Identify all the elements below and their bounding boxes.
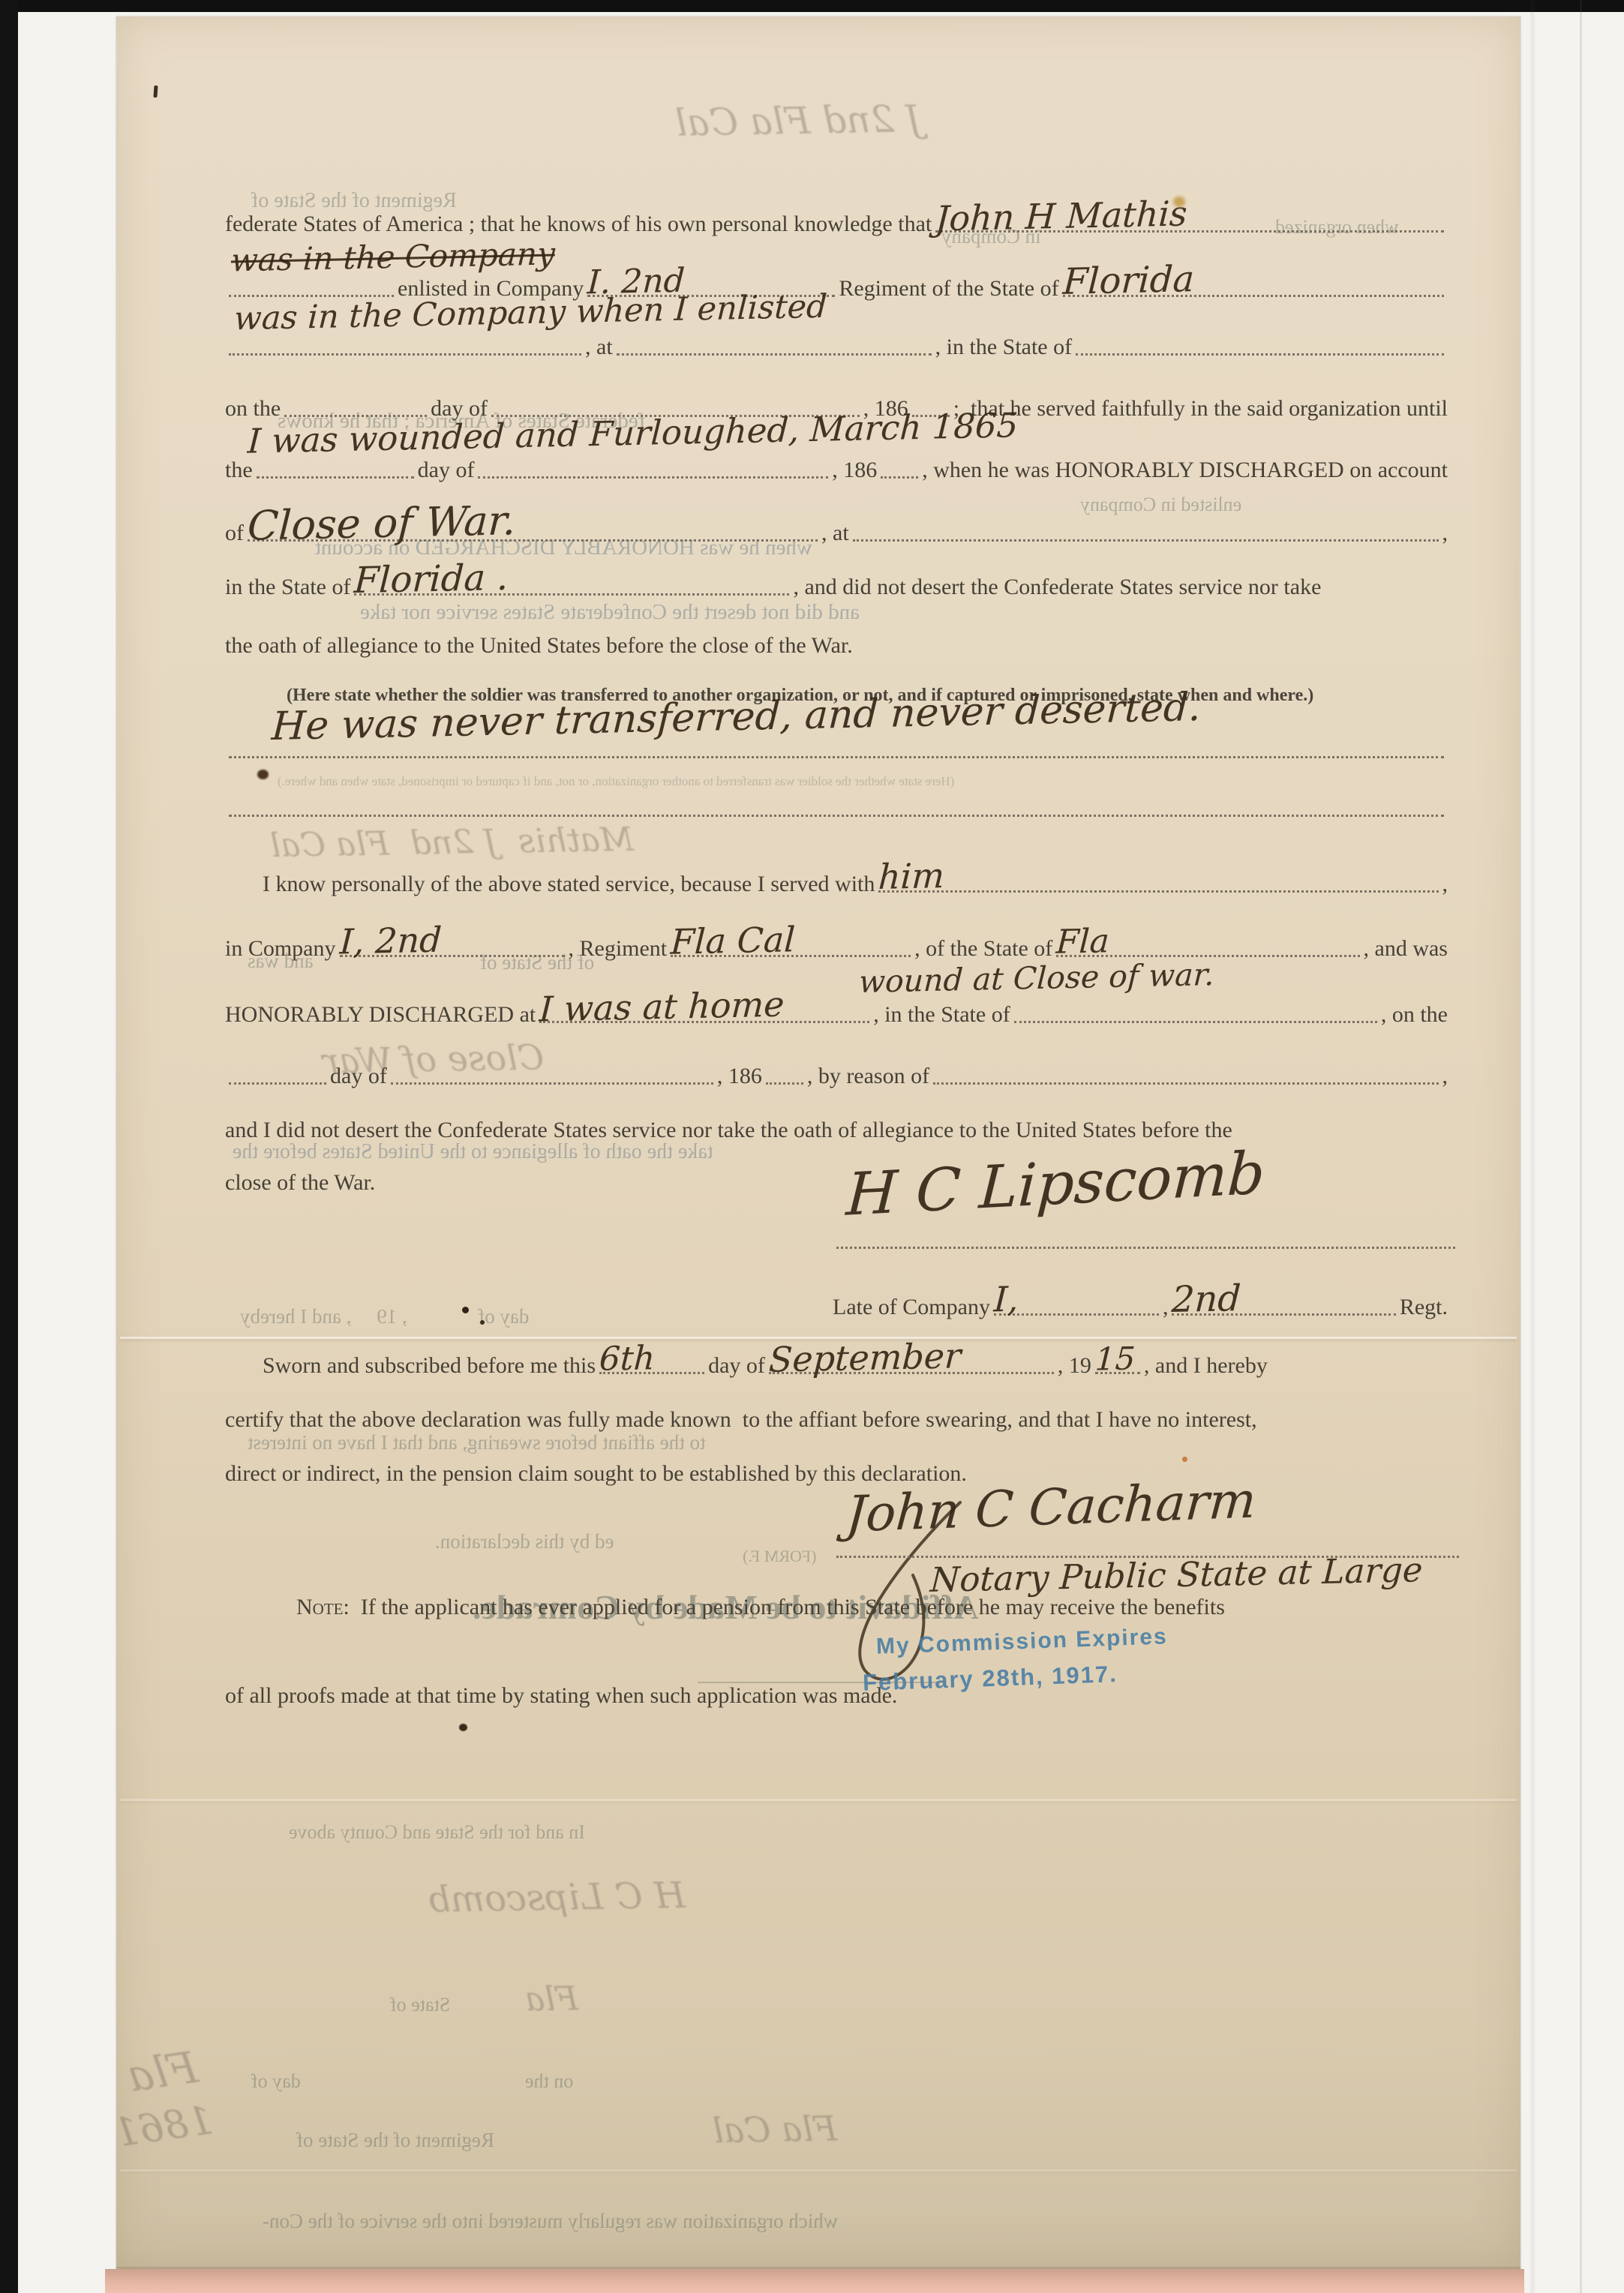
handwritten-him: him — [878, 862, 945, 891]
blank-month: September — [769, 1364, 1054, 1374]
form-line-reason: day of , 186 , by reason of , — [225, 1064, 1448, 1089]
dotted-blank — [1014, 1016, 1377, 1023]
form-line-sworn: Sworn and subscribed before me this 6th … — [263, 1353, 1448, 1379]
form-line-knowledge: federate States of America ; that he kno… — [225, 212, 1448, 237]
bleedthrough-text: Regiment of the State of — [296, 2129, 494, 2152]
printed-text: in the State of — [225, 575, 350, 600]
printed-text: day of — [330, 1064, 387, 1089]
blank-discharge-reason: Close of War. — [248, 532, 818, 542]
blank-company: I, 2nd — [340, 947, 565, 957]
form-line-state-florida: in the State of Florida . , and did not … — [225, 575, 1448, 600]
dotted-blank — [881, 472, 918, 479]
printed-note-label: Note: — [296, 1595, 350, 1620]
blank-late-regiment: 2nd — [1172, 1306, 1395, 1316]
handwritten-state: Fla — [1055, 928, 1110, 956]
bleedthrough-handwriting: Mathis J 2nd Fla Cal — [270, 821, 635, 865]
handwritten-day: 6th — [599, 1345, 656, 1373]
form-line-discharge-date: the day of , 186 , when he was HONORABLY… — [225, 458, 1448, 483]
form-line-late-of-company: Late of Company I, , 2nd Regt. — [833, 1295, 1448, 1320]
printed-text: If the applicant has ever applied for a … — [350, 1595, 1225, 1620]
dotted-blank — [229, 290, 394, 297]
dotted-answer-line — [225, 810, 1448, 821]
form-note: Note: If the applicant has ever applied … — [296, 1595, 1451, 1620]
printed-text: I know personally of the above stated se… — [263, 872, 875, 897]
ink-speck — [459, 1724, 467, 1731]
bleedthrough-text: enlisted in Company — [1080, 494, 1241, 516]
dotted-blank — [229, 810, 1444, 817]
dotted-blank — [836, 1242, 1455, 1249]
handwritten-wound-close-of-war: wound at Close of war. — [858, 962, 1214, 995]
printed-text: of — [225, 521, 244, 546]
dotted-blank — [284, 410, 427, 417]
bleedthrough-text: on the — [525, 2070, 573, 2093]
printed-text: certify that the above declaration was f… — [225, 1407, 1257, 1433]
handwritten-signature-comrade: H C Lipscomb — [845, 1150, 1266, 1219]
dotted-blank — [478, 472, 828, 479]
printed-text: , 186 — [717, 1064, 762, 1089]
printed-text: , when he was HONORABLY DISCHARGED on ac… — [922, 458, 1448, 483]
handwritten-state: Florida . — [354, 563, 510, 595]
bleedthrough-text: day of , 19 , and I hereby — [240, 1305, 529, 1328]
paper-fold — [120, 1799, 1517, 1801]
printed-text: , and was — [1364, 936, 1448, 962]
dotted-blank — [229, 1078, 326, 1085]
bleedthrough-text: Regiment of the State of — [251, 189, 457, 213]
printed-text: federate States of America ; that he kno… — [225, 212, 932, 237]
bleedthrough-handwriting: Fla Cal — [713, 2108, 838, 2151]
bleedthrough-text: ed by this declaration. — [435, 1530, 614, 1553]
ink-blot — [257, 770, 269, 779]
handwritten-month: September — [768, 1342, 962, 1373]
handwritten-year: 15 — [1094, 1346, 1136, 1373]
blank-late-company: I, — [994, 1306, 1159, 1316]
form-line-at-state: , at , in the State of — [225, 335, 1448, 360]
handwritten-late-company: I, — [993, 1286, 1019, 1314]
dotted-blank — [766, 1078, 803, 1085]
handwritten-struck-text: was in the Company — [230, 241, 555, 273]
printed-text: , in the State of — [873, 1002, 1010, 1028]
form-line-oath: the oath of allegiance to the United Sta… — [225, 633, 1448, 659]
form-line-company-regiment: in Company I, 2nd , Regiment Fla Cal , o… — [225, 936, 1448, 962]
printed-text: Regt. — [1400, 1295, 1448, 1320]
bleedthrough-text: and did not desert the Confederate State… — [360, 600, 860, 625]
printed-text: direct or indirect, in the pension claim… — [225, 1461, 967, 1487]
handwritten-regiment: Fla Cal — [670, 926, 796, 956]
printed-text: Late of Company — [833, 1295, 990, 1320]
blank-regiment: Fla Cal — [671, 947, 911, 957]
sleeve-edge-line — [1580, 0, 1582, 2293]
printed-text: close of the War. — [225, 1170, 375, 1196]
form-line-direct-indirect: direct or indirect, in the pension claim… — [225, 1461, 1448, 1487]
bleedthrough-text: In and for the State and County above — [289, 1821, 585, 1844]
printed-text: , 19 — [1058, 1353, 1091, 1379]
handwritten-state: Florida — [1062, 265, 1195, 296]
bleedthrough-text: to the affiant before swearing, and that… — [248, 1431, 706, 1454]
form-line-proofs: of all proofs made at that time by stati… — [225, 1683, 1448, 1709]
handwritten-signature-notary: John C Cacharm — [845, 1481, 1257, 1535]
bleedthrough-handwriting: Fla — [525, 1979, 579, 2018]
bleedthrough-text: take the oath of allegiance to the Unite… — [233, 1140, 713, 1164]
printed-text: , — [1163, 1295, 1169, 1320]
dotted-blank — [853, 535, 1439, 542]
handwritten-company-when-enlisted: was in the Company when I enlisted — [233, 294, 827, 332]
sleeve-crease — [1530, 0, 1535, 2293]
printed-text: on the — [225, 396, 281, 422]
bleedthrough-handwriting: Fla — [125, 2042, 201, 2102]
blank-state: Florida . — [354, 586, 789, 596]
dotted-blank — [1076, 349, 1444, 356]
printed-text: ; that he served faithfully in the said … — [953, 396, 1448, 422]
handwritten-notary-title: Notary Public State at Large — [929, 1556, 1423, 1594]
paper-fold — [120, 2169, 1517, 2171]
printed-text: Sworn and subscribed before me this — [263, 1353, 596, 1379]
form-line-discharge-account: of Close of War. , at , — [225, 521, 1448, 546]
printed-text: , and I hereby — [1144, 1353, 1268, 1379]
blank-state: Fla — [1056, 947, 1359, 957]
handwritten-company: I, 2nd — [339, 926, 443, 956]
blank-year: 15 — [1095, 1364, 1140, 1374]
form-line-certify: certify that the above declaration was f… — [225, 1407, 1448, 1433]
printed-text: , by reason of — [807, 1064, 929, 1089]
blank-soldier-name: John H Mathis — [935, 223, 1444, 233]
printed-text: , at — [585, 335, 613, 360]
dotted-blank — [257, 472, 414, 479]
printed-text: , — [1442, 1064, 1448, 1089]
printed-text: , at — [821, 521, 849, 546]
bleedthrough-form-number: (FORM F.) — [743, 1547, 816, 1566]
dotted-blank — [391, 1078, 713, 1085]
scanned-document-page: J 2nd Fla Cal Regiment of the State of i… — [0, 0, 1624, 2293]
form-line-know-personally: I know personally of the above stated se… — [263, 872, 1448, 897]
printed-text: the — [225, 458, 253, 483]
blank-day: 6th — [599, 1364, 704, 1374]
dotted-blank — [229, 752, 1444, 758]
handwritten-close-of-war: Close of War. — [247, 504, 517, 542]
printed-text: day of — [418, 458, 475, 483]
printed-text: and I did not desert the Confederate Sta… — [225, 1118, 1232, 1143]
form-line-discharged-at: HONORABLY DISCHARGED at I was at home , … — [225, 1002, 1448, 1028]
blank-state: Florida — [1063, 287, 1444, 297]
printed-text: , on the — [1381, 1002, 1448, 1028]
printed-text: , of the State of — [914, 936, 1052, 962]
bleedthrough-text: which organization was regularly mustere… — [263, 2210, 838, 2233]
paper-stain — [1182, 1457, 1187, 1462]
bleedthrough-text: State of — [390, 1994, 450, 2016]
printed-text: , Regiment — [569, 936, 668, 962]
bleedthrough-text: (Here state whether the soldier was tran… — [278, 774, 954, 789]
ink-speck — [462, 1307, 469, 1313]
signature-line — [833, 1242, 1459, 1253]
sheet-below-edge — [105, 2269, 1524, 2293]
dotted-blank — [229, 349, 581, 356]
dotted-blank — [617, 349, 932, 356]
bleedthrough-handwriting: H C Lipscomb — [428, 1874, 686, 1921]
printed-text: , — [1442, 521, 1448, 546]
printed-text: , and did not desert the Confederate Sta… — [793, 575, 1321, 600]
blank-discharge-place: I was at home — [539, 1013, 869, 1023]
photo-border-top — [0, 0, 1624, 12]
printed-text: Regiment of the State of — [839, 276, 1058, 302]
paper-stain — [1173, 197, 1185, 207]
printed-text: , — [1442, 872, 1448, 897]
bleedthrough-handwriting: J 2nd Fla Cal — [675, 97, 922, 145]
printed-text: in Company — [225, 936, 336, 962]
printed-text: the oath of allegiance to the United Sta… — [225, 633, 853, 659]
blank-served-with: him — [878, 883, 1438, 893]
printed-text: of all proofs made at that time by stati… — [225, 1683, 897, 1709]
printed-text: HONORABLY DISCHARGED at — [225, 1002, 536, 1028]
handwritten-at-home: I was at home — [539, 991, 785, 1024]
handwritten-late-regiment: 2nd — [1172, 1284, 1242, 1314]
ink-speck — [480, 1320, 485, 1325]
printed-text: , in the State of — [935, 335, 1072, 360]
bleedthrough-text: day of — [251, 2070, 301, 2093]
dotted-answer-line — [225, 752, 1448, 763]
photo-border-left — [0, 0, 18, 2293]
printed-text: day of — [708, 1353, 765, 1379]
dotted-blank — [933, 1078, 1438, 1085]
printed-text: , 186 — [832, 458, 877, 483]
handwritten-soldier-name: John H Mathis — [935, 200, 1187, 233]
